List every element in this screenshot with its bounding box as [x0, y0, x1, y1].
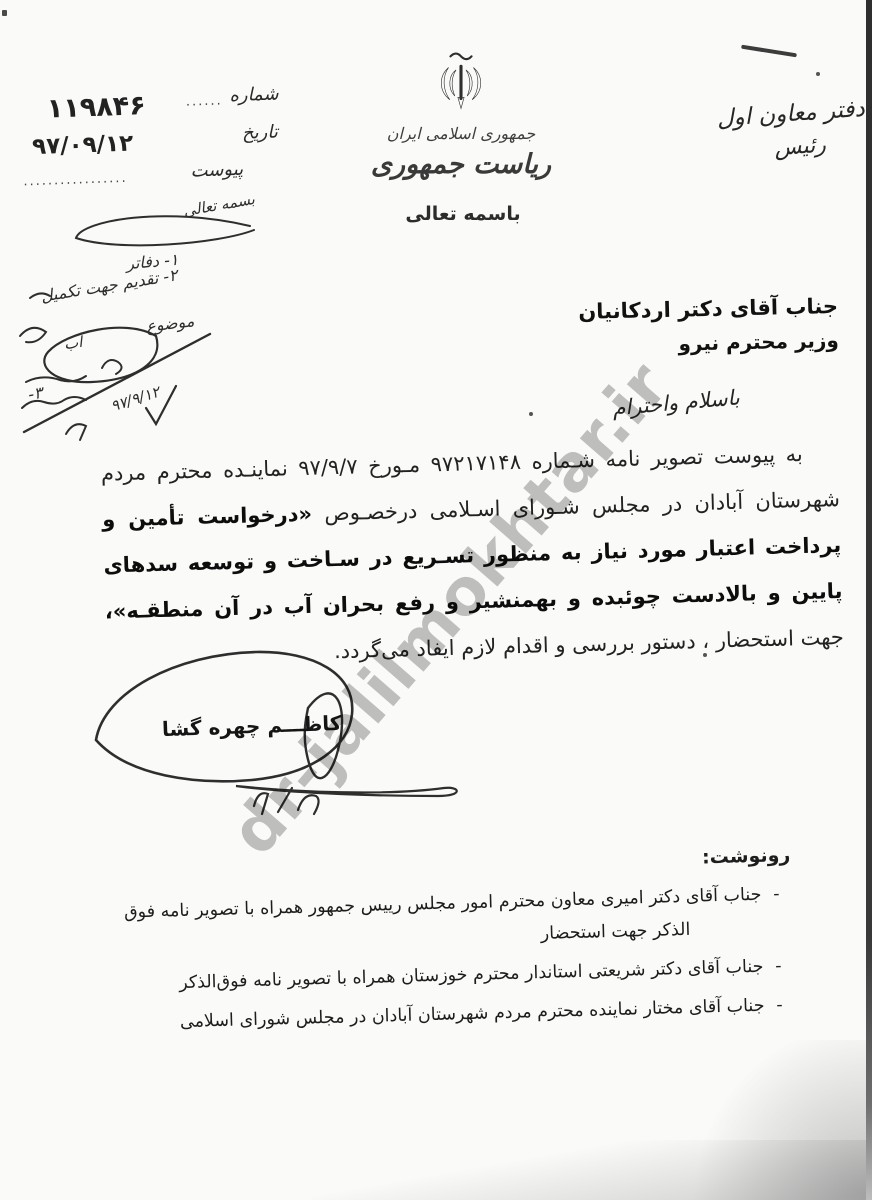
- copy-item-text: جناب آقای دکتر امیری معاون محترم امور مج…: [91, 879, 763, 964]
- recipient-name: جناب آقای دکتر اردکانیان: [578, 294, 838, 324]
- scan-corner-mark: [2, 10, 7, 16]
- scan-edge-line: [866, 0, 872, 1200]
- recipient-block: جناب آقای دکتر اردکانیان وزیر محترم نیرو: [578, 294, 839, 358]
- copies-heading: رونوشت:: [90, 844, 790, 886]
- handwritten-stroke: [741, 45, 797, 58]
- routing-line1: دفتر معاون اول: [684, 96, 865, 134]
- ink-dot: [816, 72, 820, 76]
- dash-bullet: -: [764, 989, 795, 1023]
- handwriting-scribbles-icon: [6, 186, 298, 460]
- invocation: باسمه تعالی: [398, 203, 528, 225]
- stamp-date-label: تاریخ: [242, 122, 279, 144]
- dash-bullet: -: [761, 878, 793, 945]
- letterhead: جمهوری اسلامی ایران ریاست جمهوری: [356, 48, 566, 180]
- stamp-number-label: شماره: [229, 83, 279, 106]
- header-office: ریاست جمهوری: [356, 149, 566, 180]
- stamp-block: شماره ...... ۱۱۹۸۴۶ تاریخ ۹۷/۰۹/۱۲ پیوست…: [14, 79, 284, 200]
- stamp-number-value: ۱۱۹۸۴۶: [46, 90, 146, 124]
- scan-shadow-corner: [672, 1040, 872, 1200]
- salutation: باسلام واحترام: [539, 385, 740, 426]
- header-country: جمهوری اسلامی ایران: [356, 124, 566, 143]
- scanned-letter-page: { "document": { "watermark_text": "dr-ja…: [0, 0, 872, 1200]
- routing-note: دفتر معاون اول رئیس: [684, 96, 868, 167]
- stamp-attachment-label: پیوست: [190, 159, 243, 182]
- iran-emblem-icon: [430, 48, 492, 118]
- copies-block: رونوشت: - جناب آقای دکتر امیری معاون محت…: [90, 844, 795, 1047]
- copy-item: - جناب آقای دکتر امیری معاون محترم امور …: [91, 878, 793, 964]
- recipient-title: وزیر محترم نیرو: [579, 328, 839, 358]
- routing-line2: رئیس: [732, 130, 867, 164]
- dotted-leader: ......: [186, 93, 223, 109]
- stamp-date-value: ۹۷/۰۹/۱۲: [32, 131, 134, 161]
- dash-bullet: -: [763, 950, 794, 984]
- ink-dot: [529, 412, 533, 416]
